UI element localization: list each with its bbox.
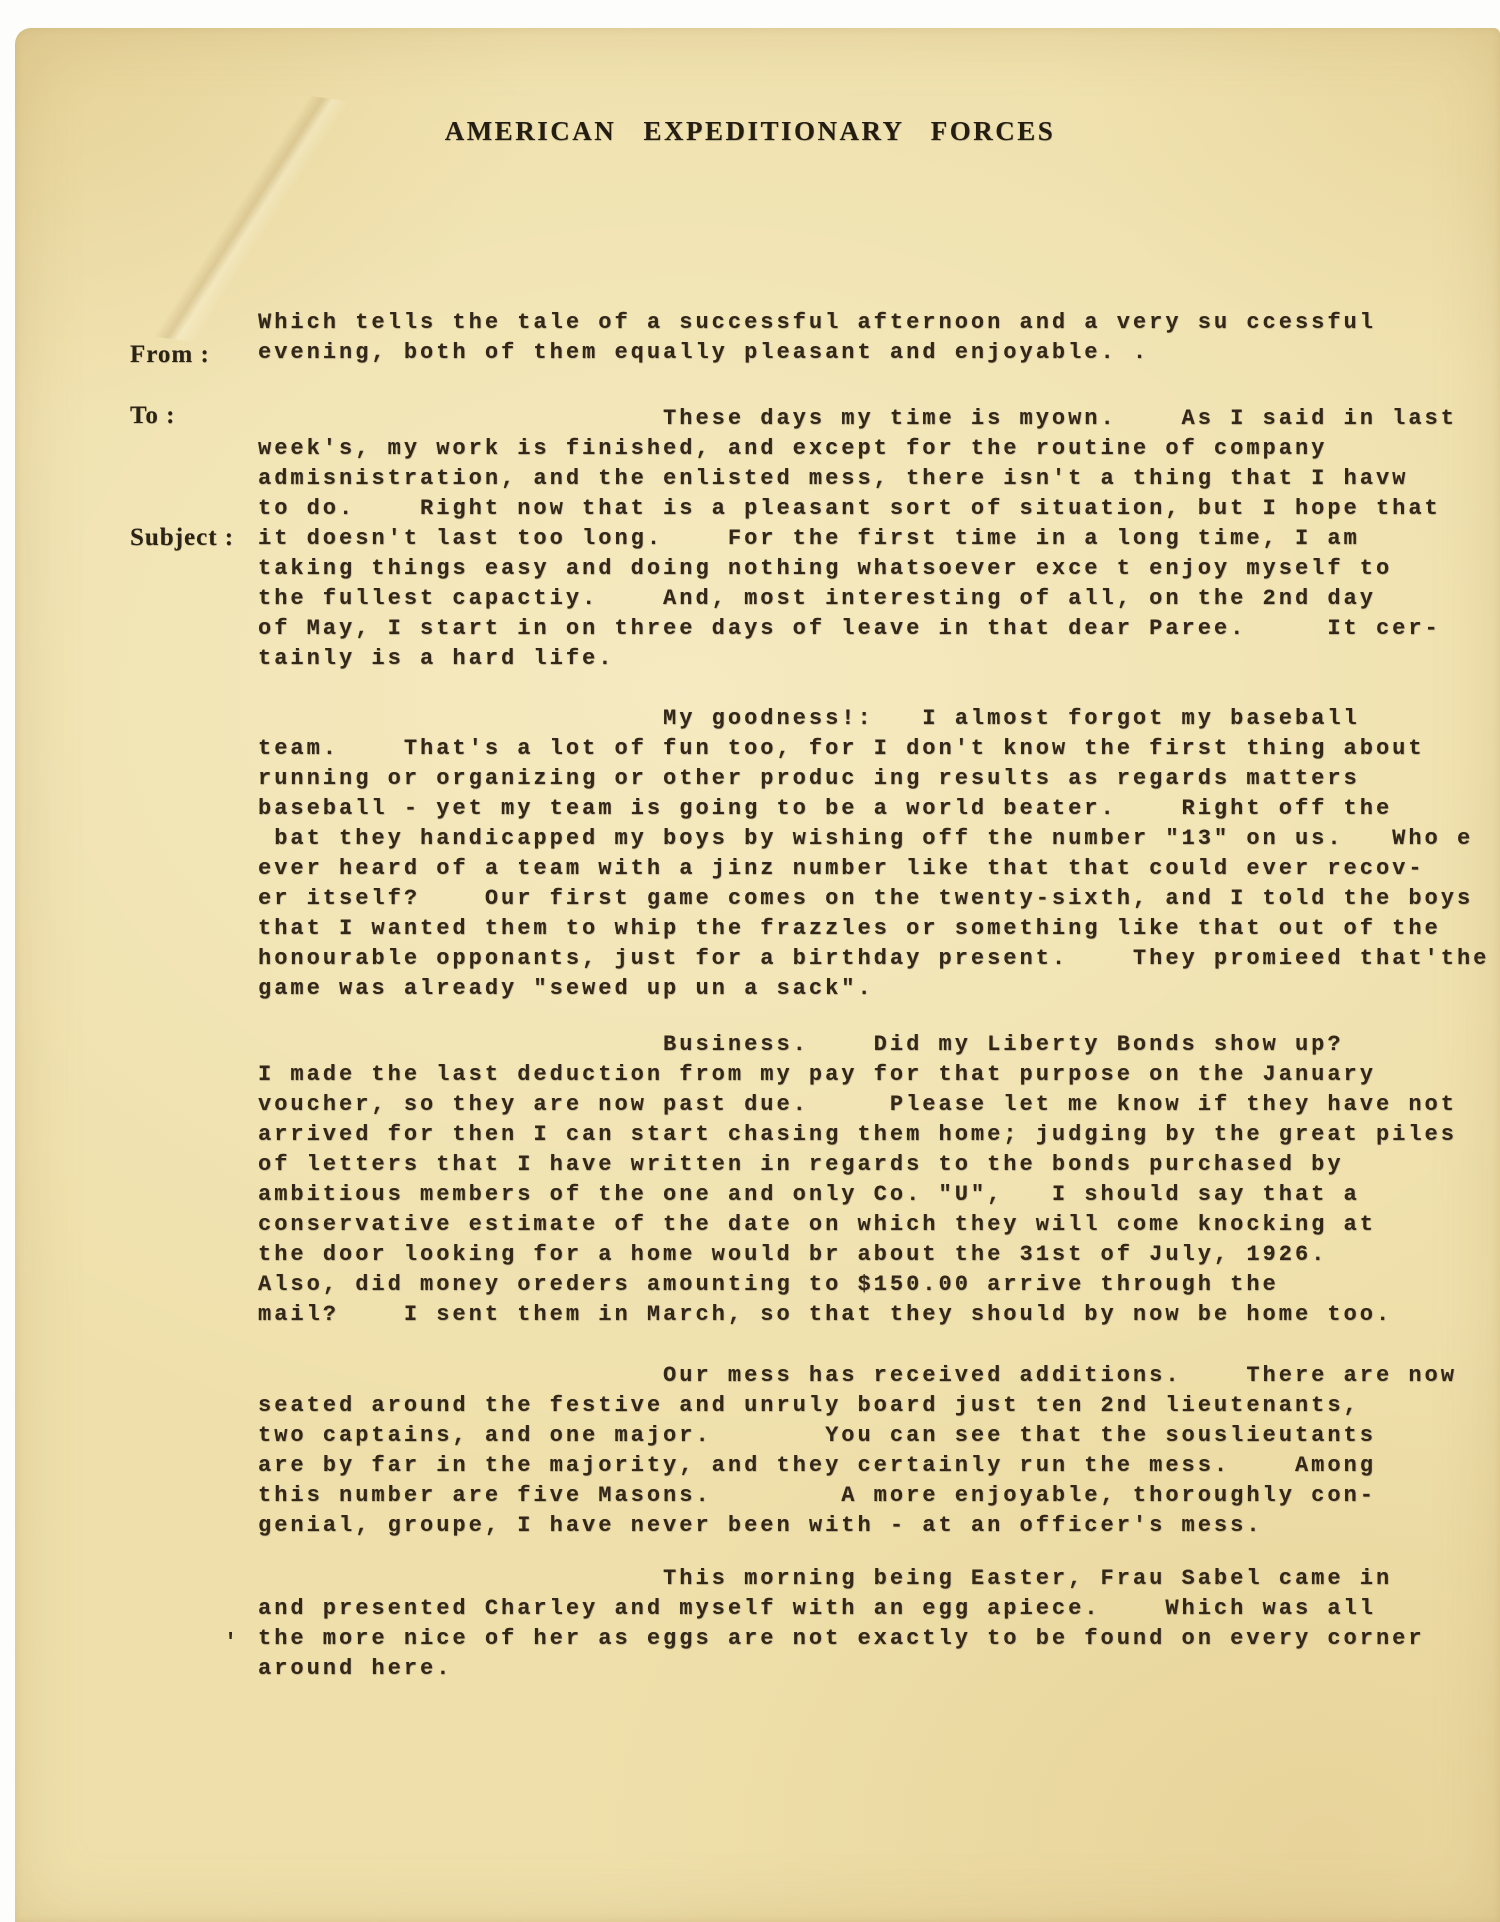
field-label-to: To : [130, 402, 175, 430]
letterhead-title: AMERICAN EXPEDITIONARY FORCES [0, 116, 1500, 147]
letter-paragraph-easter: This morning being Easter, Frau Sabel ca… [258, 1564, 1425, 1684]
letter-paragraph-business: Business. Did my Liberty Bonds show up? … [258, 1030, 1457, 1330]
ink-speck: ' [224, 1630, 237, 1655]
field-label-subject: Subject : [130, 524, 234, 552]
letter-paragraph-my-time: These days my time is myown. As I said i… [258, 404, 1457, 674]
field-label-from: From : [130, 341, 210, 369]
letter-paragraph-baseball: My goodness!: I almost forgot my basebal… [258, 704, 1489, 1004]
letter-paragraph-intro: Which tells the tale of a successful aft… [258, 308, 1376, 368]
letter-paragraph-mess: Our mess has received additions. There a… [258, 1361, 1457, 1541]
